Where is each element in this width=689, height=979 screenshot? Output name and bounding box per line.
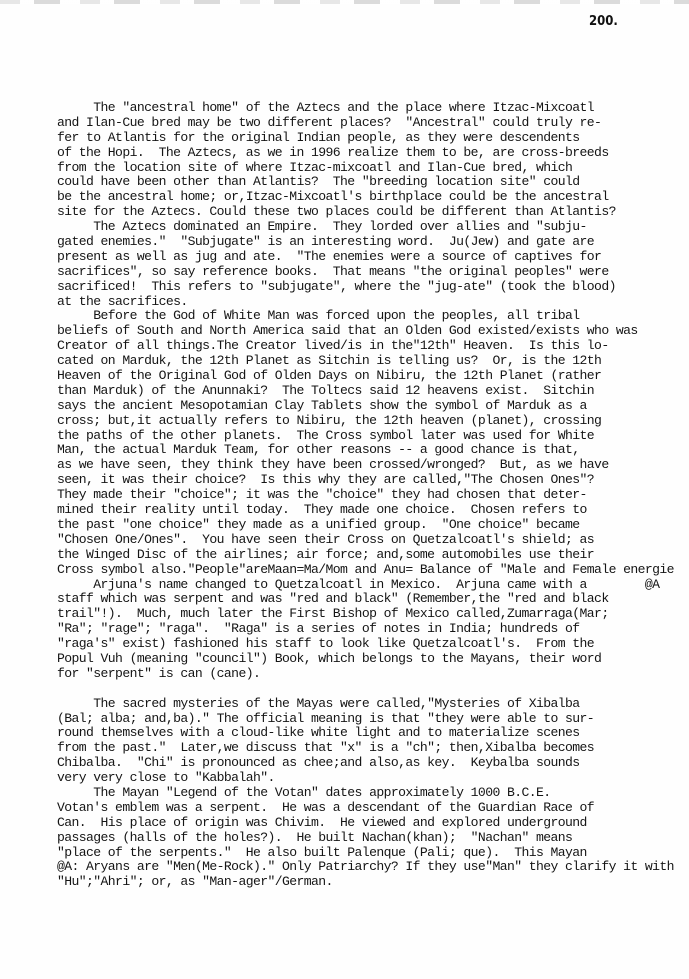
text-line: sacrificed! This refers to "subjugate", …	[57, 280, 689, 295]
text-line: Cross symbol also."People"areMaan=Ma/Mom…	[57, 563, 689, 578]
text-line: Votan's emblem was a serpent. He was a d…	[57, 801, 689, 816]
page-number: 200.	[589, 14, 618, 29]
text-line: present as well as jug and ate. "The ene…	[57, 250, 689, 265]
paragraph: The sacred mysteries of the Mayas were c…	[57, 682, 689, 786]
text-line: the past "one choice" they made as a uni…	[57, 518, 689, 533]
text-line: They made their "choice"; it was the "ch…	[57, 488, 689, 503]
text-line: Before the God of White Man was forced u…	[57, 309, 689, 324]
text-line: staff which was serpent and was "red and…	[57, 592, 689, 607]
text-line: passages (halls of the holes?). He built…	[57, 831, 689, 846]
text-line: beliefs of South and North America said …	[57, 324, 689, 339]
paragraph: The Mayan "Legend of the Votan" dates ap…	[57, 786, 689, 890]
text-line: says the ancient Mesopotamian Clay Table…	[57, 399, 689, 414]
text-line: sacrifices", so say reference books. Tha…	[57, 265, 689, 280]
text-line: round themselves with a cloud-like white…	[57, 726, 689, 741]
text-line: The sacred mysteries of the Mayas were c…	[57, 697, 689, 712]
text-line: Popul Vuh (meaning "council") Book, whic…	[57, 652, 689, 667]
text-line: trail"!). Much, much later the First Bis…	[57, 607, 689, 622]
text-line: Heaven of the Original God of Olden Days…	[57, 369, 689, 384]
text-line: Can. His place of origin was Chivim. He …	[57, 816, 689, 831]
text-line: of the Hopi. The Aztecs, as we in 1996 r…	[57, 146, 689, 161]
paragraph: Arjuna's name changed to Quetzalcoatl in…	[57, 578, 689, 682]
text-line: mined their reality until today. They ma…	[57, 503, 689, 518]
scan-edge-artifact	[0, 0, 689, 4]
text-line: gated enemies." "Subjugate" is an intere…	[57, 235, 689, 250]
text-line: "Ra"; "rage"; "raga". "Raga" is a series…	[57, 622, 689, 637]
text-line: from the location site of where Itzac-mi…	[57, 161, 689, 176]
text-line: "Chosen One/Ones". You have seen their C…	[57, 533, 689, 548]
text-line: "Hu";"Ahri"; or, as "Man-ager"/German.	[57, 875, 689, 890]
text-line: and Ilan-Cue bred may be two different p…	[57, 116, 689, 131]
text-line: could have been other than Atlantis? The…	[57, 175, 689, 190]
text-line: for "serpent" is can (cane).	[57, 667, 689, 682]
text-line: cated on Marduk, the 12th Planet as Sitc…	[57, 354, 689, 369]
text-line: Arjuna's name changed to Quetzalcoatl in…	[57, 578, 689, 593]
text-line: fer to Atlantis for the original Indian …	[57, 131, 689, 146]
text-line: cross; but,it actually refers to Nibiru,…	[57, 414, 689, 429]
text-line: @A: Aryans are "Men(Me-Rock)." Only Patr…	[57, 860, 689, 875]
text-line: than Marduk) of the Anunnaki? The Toltec…	[57, 384, 689, 399]
text-line: the paths of the other planets. The Cros…	[57, 429, 689, 444]
text-line: The "ancestral home" of the Aztecs and t…	[57, 101, 689, 116]
body-text: The "ancestral home" of the Aztecs and t…	[57, 101, 689, 890]
text-line: the Winged Disc of the airlines; air for…	[57, 548, 689, 563]
text-line: seen, it was their choice? Is this why t…	[57, 473, 689, 488]
paragraph: The "ancestral home" of the Aztecs and t…	[57, 101, 689, 220]
text-line: as we have seen, they think they have be…	[57, 458, 689, 473]
text-line: (Bal; alba; and,ba)." The official meani…	[57, 712, 689, 727]
text-line: from the past." Later,we discuss that "x…	[57, 741, 689, 756]
text-line: The Aztecs dominated an Empire. They lor…	[57, 220, 689, 235]
text-line: very very close to "Kabbalah".	[57, 771, 689, 786]
text-line: be the ancestral home; or,Itzac-Mixcoatl…	[57, 190, 689, 205]
scanned-page: 200. The "ancestral home" of the Aztecs …	[0, 0, 689, 979]
text-line: Man, the actual Marduk Team, for other r…	[57, 443, 689, 458]
text-line: "raga's" exist) fashioned his staff to l…	[57, 637, 689, 652]
paragraph: The Aztecs dominated an Empire. They lor…	[57, 220, 689, 309]
text-line: site for the Aztecs. Could these two pla…	[57, 205, 689, 220]
text-line: at the sacrifices.	[57, 295, 689, 310]
text-line: "place of the serpents." He also built P…	[57, 846, 689, 861]
text-line: Chibalba. "Chi" is pronounced as chee;an…	[57, 756, 689, 771]
text-line: The Mayan "Legend of the Votan" dates ap…	[57, 786, 689, 801]
paragraph: Before the God of White Man was forced u…	[57, 309, 689, 577]
text-line	[57, 682, 689, 697]
text-line: Creator of all things.The Creator lived/…	[57, 339, 689, 354]
